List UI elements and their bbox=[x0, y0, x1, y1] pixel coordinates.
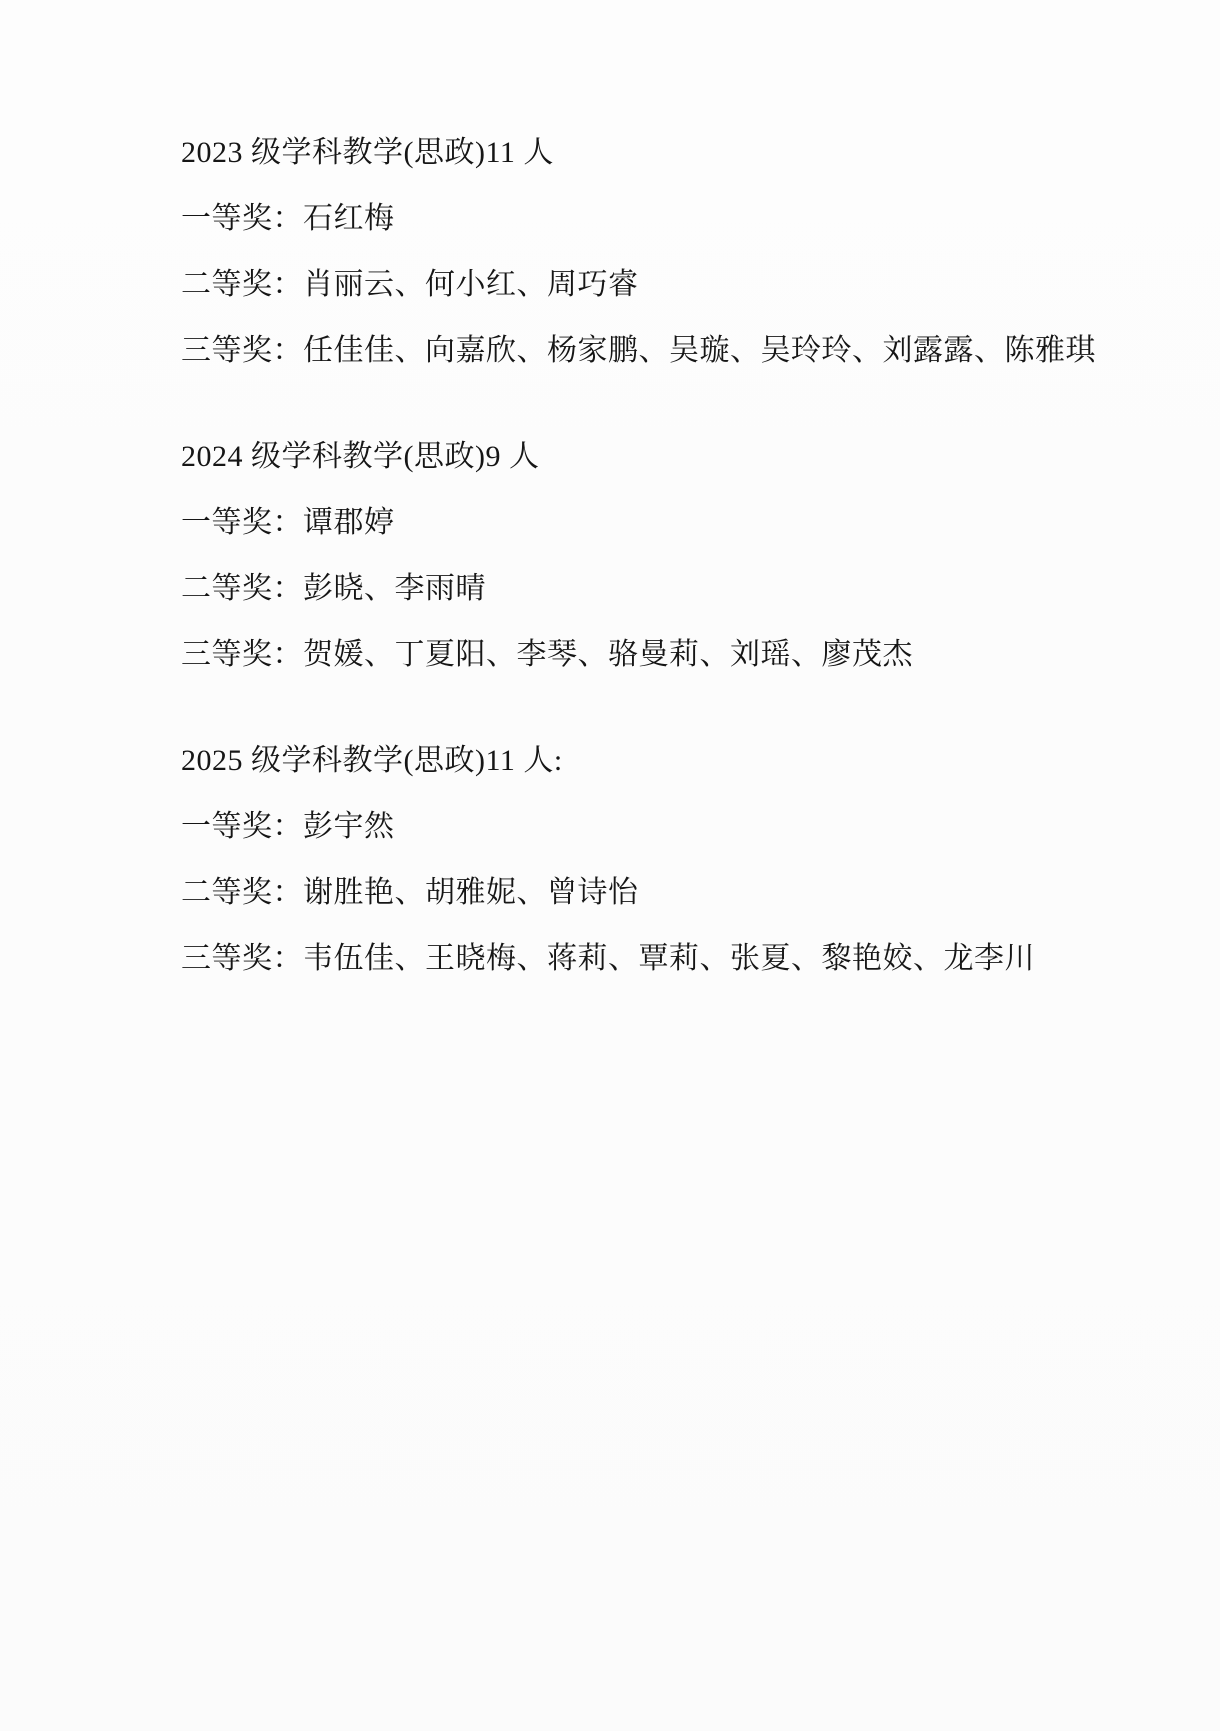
section-2025: 2025 级学科教学(思政)11 人: 一等奖：彭宇然 二等奖：谢胜艳、胡雅妮、… bbox=[181, 746, 1130, 974]
section-2023-header: 2023 级学科教学(思政)11 人 bbox=[181, 138, 1130, 168]
section-2024: 2024 级学科教学(思政)9 人 一等奖：谭郡婷 二等奖：彭晓、李雨晴 三等奖… bbox=[181, 442, 1130, 670]
section-2025-header: 2025 级学科教学(思政)11 人: bbox=[181, 746, 1130, 776]
section-2025-third-prize-line: 三等奖：韦伍佳、王晓梅、蒋莉、覃莉、张夏、黎艳姣、龙李川 bbox=[181, 944, 1130, 974]
section-2025-first-prize-line: 一等奖：彭宇然 bbox=[181, 812, 1130, 842]
document-page: 2023 级学科教学(思政)11 人 一等奖：石红梅 二等奖：肖丽云、何小红、周… bbox=[0, 0, 1220, 1731]
section-2023-first-prize-line: 一等奖：石红梅 bbox=[181, 204, 1130, 234]
section-2024-second-prize-line: 二等奖：彭晓、李雨晴 bbox=[181, 574, 1130, 604]
section-2025-second-prize-line: 二等奖：谢胜艳、胡雅妮、曾诗怡 bbox=[181, 878, 1130, 908]
section-2023-second-prize-line: 二等奖：肖丽云、何小红、周巧睿 bbox=[181, 270, 1130, 300]
section-2023: 2023 级学科教学(思政)11 人 一等奖：石红梅 二等奖：肖丽云、何小红、周… bbox=[181, 138, 1130, 366]
section-2023-third-prize-line: 三等奖：任佳佳、向嘉欣、杨家鹏、吴璇、吴玲玲、刘露露、陈雅琪 bbox=[181, 336, 1130, 366]
section-2024-third-prize-line: 三等奖：贺媛、丁夏阳、李琴、骆曼莉、刘瑶、廖茂杰 bbox=[181, 640, 1130, 670]
section-2024-first-prize-line: 一等奖：谭郡婷 bbox=[181, 508, 1130, 538]
section-2024-header: 2024 级学科教学(思政)9 人 bbox=[181, 442, 1130, 472]
document-content: 2023 级学科教学(思政)11 人 一等奖：石红梅 二等奖：肖丽云、何小红、周… bbox=[181, 138, 1130, 1050]
